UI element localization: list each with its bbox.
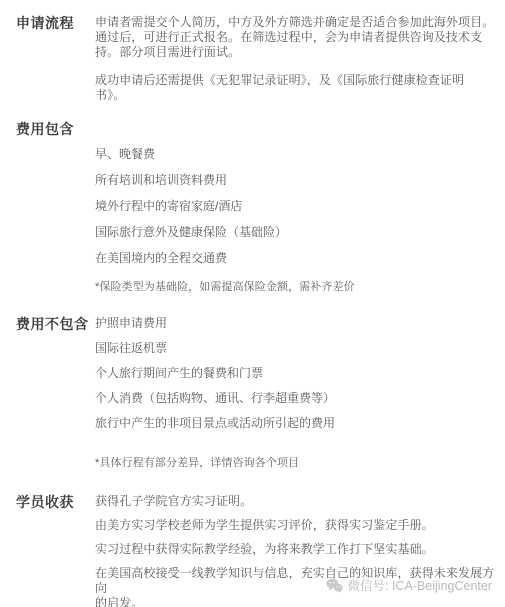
section-label-student-gains: 学员收获 — [0, 494, 95, 510]
fee-included-item: 国际旅行意外及健康保险（基础险） — [95, 225, 505, 240]
wechat-watermark: 微信号: ICA-BeijingCenter — [325, 576, 493, 595]
student-gains-item: 实习过程中获得实际教学经验，为将来教学工作打下坚实基础。 — [95, 542, 505, 557]
section-content-fee-included: 早、晚餐费 所有培训和培训资料费用 境外行程中的寄宿家庭/酒店 国际旅行意外及健… — [95, 147, 505, 294]
section-label-fee-included: 费用包含 — [0, 121, 95, 137]
fee-included-item: 境外行程中的寄宿家庭/酒店 — [95, 199, 505, 214]
section-label-apply-process: 申请流程 — [0, 15, 95, 31]
section-fee-excluded: 费用不包含 护照申请费用 国际往返机票 个人旅行期间产生的餐费和门票 个人消费（… — [0, 316, 505, 470]
fee-included-item: 早、晚餐费 — [95, 147, 505, 162]
fee-excluded-note: *具体行程有部分差异，详情咨询各个项目 — [95, 457, 505, 470]
article-page: 申请流程 申请者需提交个人简历，中方及外方筛选并确定是否适合参加此海外项目。 通… — [0, 0, 505, 607]
fee-excluded-item: 旅行中产生的非项目景点或活动所引起的费用 — [95, 416, 505, 431]
fee-included-note: *保险类型为基础险，如需提高保险金额，需补齐差价 — [95, 281, 505, 294]
wechat-icon — [325, 576, 344, 595]
apply-process-paragraph: 成功申请后还需提供《无犯罪记录证明》，及《国际旅行健康检查证明 书》。 — [95, 73, 505, 103]
student-gains-item: 获得孔子学院官方实习证明。 — [95, 494, 505, 509]
fee-excluded-item: 个人旅行期间产生的餐费和门票 — [95, 366, 505, 381]
fee-excluded-item: 个人消费（包括购物、通讯、行李超重费等） — [95, 391, 505, 406]
student-gains-item: 由美方实习学校老师为学生提供实习评价，获得实习鉴定手册。 — [95, 518, 505, 533]
section-label-fee-excluded: 费用不包含 — [0, 316, 95, 332]
fee-included-item: 所有培训和培训资料费用 — [95, 173, 505, 188]
fee-included-item: 在美国境内的全程交通费 — [95, 251, 505, 266]
fee-excluded-item: 国际往返机票 — [95, 341, 505, 356]
apply-process-paragraph: 申请者需提交个人简历，中方及外方筛选并确定是否适合参加此海外项目。 通过后，可进… — [95, 15, 505, 60]
section-fee-included: 费用包含 早、晚餐费 所有培训和培训资料费用 境外行程中的寄宿家庭/酒店 国际旅… — [0, 121, 505, 294]
section-apply-process: 申请流程 申请者需提交个人简历，中方及外方筛选并确定是否适合参加此海外项目。 通… — [0, 15, 505, 103]
fee-excluded-item: 护照申请费用 — [95, 316, 505, 331]
wechat-id-text: 微信号: ICA-BeijingCenter — [348, 577, 493, 595]
section-content-fee-excluded: 护照申请费用 国际往返机票 个人旅行期间产生的餐费和门票 个人消费（包括购物、通… — [95, 316, 505, 470]
section-content-apply-process: 申请者需提交个人简历，中方及外方筛选并确定是否适合参加此海外项目。 通过后，可进… — [95, 15, 505, 103]
